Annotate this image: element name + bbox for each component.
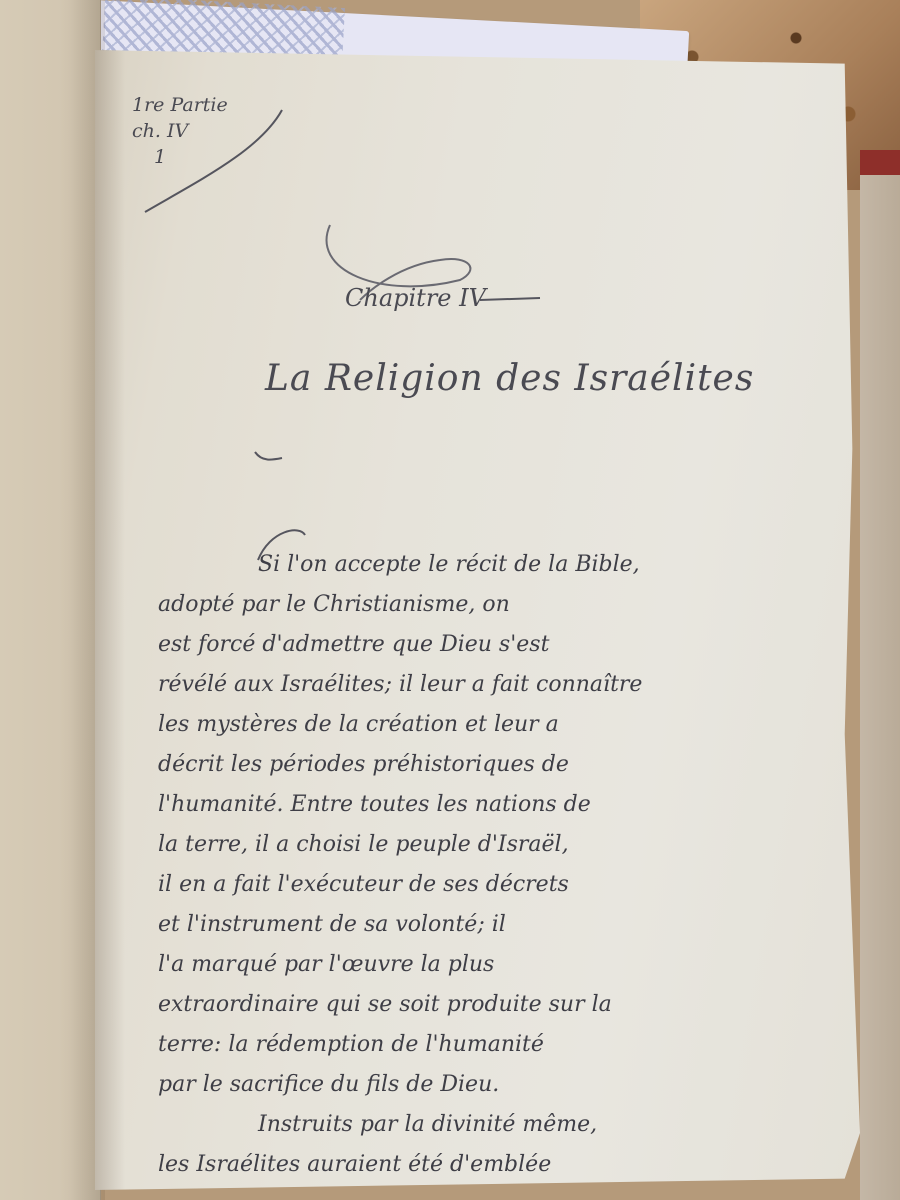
text-line: terre: la rédemption de l'humanité (158, 1025, 642, 1065)
text-line: est forcé d'admettre que Dieu s'est (158, 625, 642, 665)
margin-note: 1re Partie ch. IV 1 (132, 92, 228, 170)
chapter-heading: Chapitre IV (345, 284, 486, 312)
text-line: décrit les périodes préhistoriques de (158, 745, 642, 785)
table-surface (860, 175, 900, 1200)
text-line: Si l'on accepte le récit de la Bible, (158, 545, 642, 585)
text-line: Instruits par la divinité même, (158, 1105, 642, 1145)
text-line: les Israélites auraient été d'emblée (158, 1145, 642, 1185)
chapter-title: La Religion des Israélites (265, 358, 754, 399)
margin-note-line: ch. IV (132, 118, 228, 144)
text-line: adopté par le Christianisme, on (158, 585, 642, 625)
margin-note-line: 1 (132, 144, 228, 170)
text-line: la terre, il a choisi le peuple d'Israël… (158, 825, 642, 865)
margin-note-line: 1re Partie (132, 92, 228, 118)
text-line: révélé aux Israélites; il leur a fait co… (158, 665, 642, 705)
text-line: les mystères de la création et leur a (158, 705, 642, 745)
text-line: il en a fait l'exécuteur de ses décrets (158, 865, 642, 905)
text-line: l'humanité. Entre toutes les nations de (158, 785, 642, 825)
text-line: extraordinaire qui se soit produite sur … (158, 985, 642, 1025)
page-shadow (95, 50, 125, 1190)
manuscript-body: Si l'on accepte le récit de la Bible, ad… (158, 545, 642, 1185)
text-line: l'a marqué par l'œuvre la plus (158, 945, 642, 985)
text-line: par le sacrifice du fils de Dieu. (158, 1065, 642, 1105)
text-line: et l'instrument de sa volonté; il (158, 905, 642, 945)
